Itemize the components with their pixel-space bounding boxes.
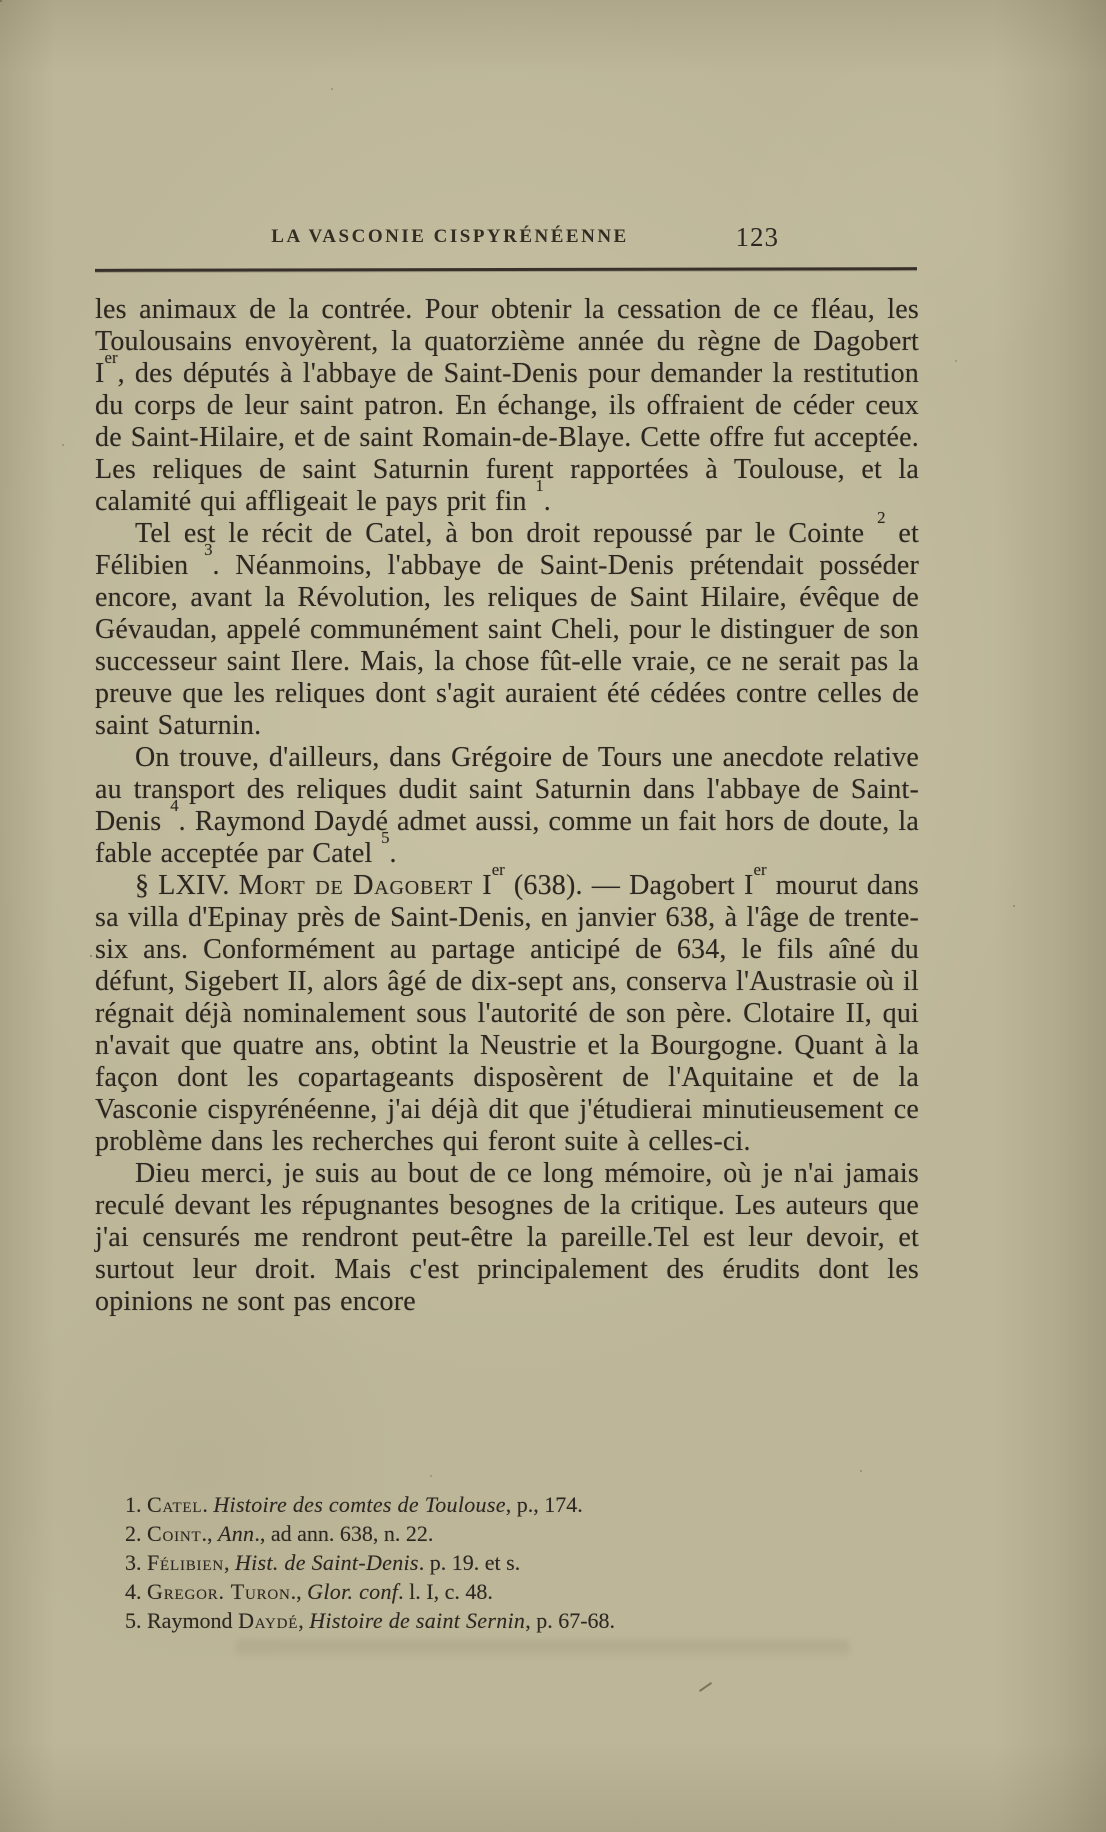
footnote: 4. Gregor. Turon., Glor. conf. l. I, c. … bbox=[125, 1577, 919, 1606]
footnotes: 1. Catel. Histoire des comtes de Toulous… bbox=[125, 1490, 919, 1635]
ink-fleck bbox=[699, 1682, 712, 1692]
text-run: Dieu merci, je suis au bout de ce long m… bbox=[95, 1158, 919, 1317]
paragraph: On trouve, d'ailleurs, dans Grégoire de … bbox=[95, 742, 919, 870]
footnote: 1. Catel. Histoire des comtes de Toulous… bbox=[125, 1490, 919, 1519]
small-caps-text: Coint bbox=[147, 1521, 202, 1546]
text-run: mourut dans sa villa d'Epinay près de Sa… bbox=[95, 870, 919, 1157]
text-run: ., bbox=[291, 1579, 308, 1604]
superscript-note-ref: 3 bbox=[204, 540, 212, 559]
text-run: . p. 19. et s. bbox=[419, 1550, 520, 1575]
text-run: . l. I, c. 48. bbox=[398, 1579, 493, 1604]
text-run: (638). — Dagobert I bbox=[505, 870, 754, 901]
text-run: Tel est le récit de Catel, à bon droit r… bbox=[135, 518, 877, 549]
text-run: 3. bbox=[125, 1550, 147, 1575]
paragraph: § LXIV. Mort de Dagobert Ier (638). — Da… bbox=[95, 870, 919, 1158]
superscript-note-ref: 4 bbox=[170, 796, 178, 815]
bleedthrough-smudge bbox=[235, 1640, 850, 1656]
text-run: ., bbox=[202, 1521, 219, 1546]
text-run: 5. Raymond bbox=[125, 1608, 238, 1633]
superscript-note-ref: er bbox=[492, 860, 505, 879]
italic-text: Hist. de Saint-Denis bbox=[235, 1550, 419, 1575]
page-header: LA VASCONIE CISPYRÉNÉENNE 123 bbox=[95, 226, 919, 256]
footnote: 3. Félibien, Hist. de Saint-Denis. p. 19… bbox=[125, 1548, 919, 1577]
small-caps-text: Félibien bbox=[147, 1550, 224, 1575]
paragraph: Dieu merci, je suis au bout de ce long m… bbox=[95, 1158, 919, 1318]
paragraph: les animaux de la contrée. Pour obtenir … bbox=[95, 294, 919, 518]
text-run: , bbox=[224, 1550, 235, 1575]
text-run: ., ad ann. 638, n. 22. bbox=[254, 1521, 433, 1546]
text-run: I bbox=[473, 870, 492, 901]
superscript-note-ref: er bbox=[105, 348, 118, 367]
text-run: 4. bbox=[125, 1579, 147, 1604]
text-run: , p., 174. bbox=[506, 1492, 583, 1517]
text-run: . bbox=[390, 838, 397, 869]
text-run: . bbox=[544, 486, 551, 517]
small-caps-text: Catel bbox=[147, 1492, 202, 1517]
small-caps-text: Daydé bbox=[238, 1608, 298, 1633]
text-run: . bbox=[202, 1492, 213, 1517]
text-run: 1. bbox=[125, 1492, 147, 1517]
superscript-note-ref: er bbox=[754, 860, 767, 879]
superscript-note-ref: 5 bbox=[381, 828, 389, 847]
italic-text: Histoire de saint Sernin bbox=[309, 1608, 525, 1633]
book-page: LA VASCONIE CISPYRÉNÉENNE 123 les animau… bbox=[0, 0, 1106, 1832]
page-number: 123 bbox=[736, 222, 780, 253]
italic-text: Histoire des comtes de Toulouse bbox=[213, 1492, 505, 1517]
small-caps-text: Gregor. Turon bbox=[147, 1579, 291, 1604]
footnote: 2. Coint., Ann., ad ann. 638, n. 22. bbox=[125, 1519, 919, 1548]
text-run: 2. bbox=[125, 1521, 147, 1546]
text-run: , p. 67-68. bbox=[525, 1608, 615, 1633]
superscript-note-ref: 2 bbox=[877, 508, 885, 527]
italic-text: Ann bbox=[218, 1521, 254, 1546]
text-run: , des députés à l'abbaye de Saint-Denis … bbox=[95, 358, 919, 517]
text-run: . Néanmoins, l'abbaye de Saint-Denis pré… bbox=[95, 550, 919, 741]
header-rule bbox=[95, 267, 917, 272]
paragraph: Tel est le récit de Catel, à bon droit r… bbox=[95, 518, 919, 742]
small-caps-text: Mort de Dagobert bbox=[239, 870, 473, 901]
paper-specks bbox=[0, 0, 2, 2]
text-run: . Raymond Daydé admet aussi, comme un fa… bbox=[95, 806, 919, 869]
text-run: , bbox=[298, 1608, 309, 1633]
italic-text: Glor. conf bbox=[307, 1579, 398, 1604]
body-text: les animaux de la contrée. Pour obtenir … bbox=[95, 294, 919, 1318]
text-run: § LXIV. bbox=[135, 870, 239, 901]
superscript-note-ref: 1 bbox=[535, 476, 543, 495]
footnote: 5. Raymond Daydé, Histoire de saint Sern… bbox=[125, 1606, 919, 1635]
